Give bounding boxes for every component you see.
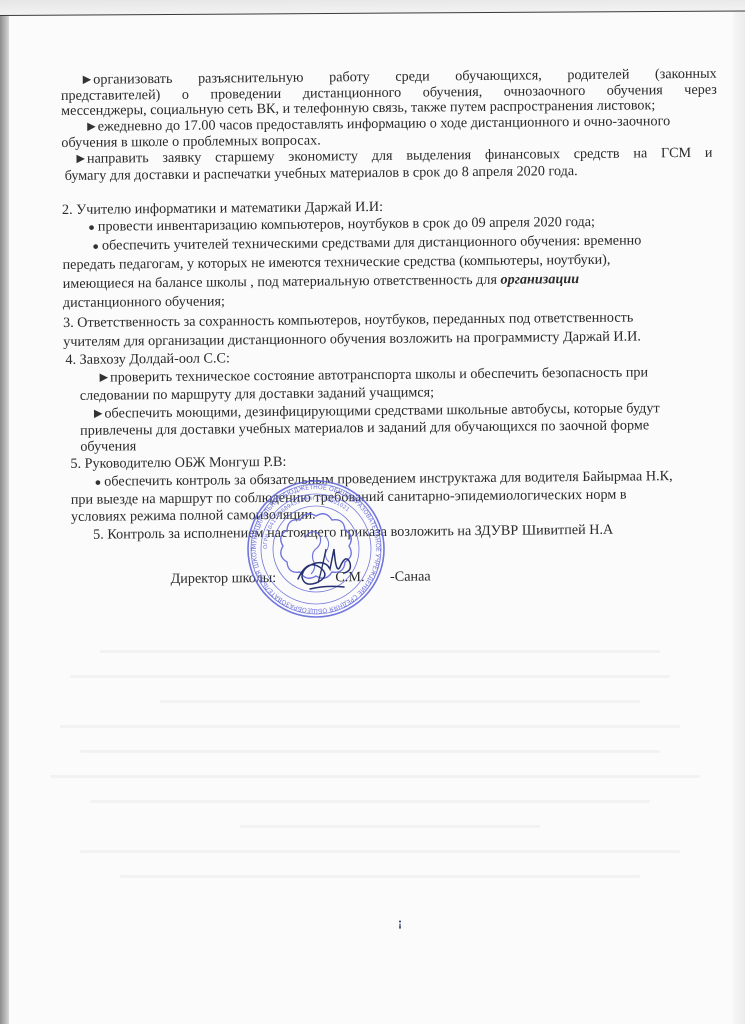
line-text: обучения [80,438,136,455]
text-line: дистанционного обучения; [63,293,225,311]
line-text: 4. Завхозу Долдай-оол С.С: [65,350,230,368]
section-heading-2: 2. Учителю информатики и математики Дарж… [62,199,383,218]
line-text: следовании по маршруту для доставки зада… [80,384,434,403]
text-line: имеющиеся на балансе школы , под материа… [63,271,580,292]
text-line: передать педагогам, у которых не имеются… [62,252,610,273]
line-text: передать педагогам, у которых не имеются… [62,252,610,273]
line-text: учителям для организации дистанционного … [63,328,641,350]
text-line: ▶проверить техническое состояние автотра… [100,364,649,386]
line-text: 5. Руководителю ОБЖ Монгуш Р.В: [70,454,286,472]
section-heading-5: 5. Руководителю ОБЖ Монгуш Р.В: [70,454,286,472]
arrow-bullet-icon: ▶ [87,119,96,135]
text-line: учителям для организации дистанционного … [63,328,641,350]
arrow-bullet-icon: ▶ [100,370,109,386]
line-text: 2. Учителю информатики и математики Дарж… [62,199,383,218]
handwritten-signature-icon [290,545,360,605]
arrow-bullet-icon: ▶ [94,406,103,422]
dot-bullet-icon: ● [95,477,102,489]
dot-bullet-icon: ● [92,241,99,253]
signature-surname: -Санаа [390,568,431,584]
line-text: имеющиеся на балансе школы , под материа… [63,272,501,292]
dot-bullet-icon: ● [88,222,95,234]
text-line: ●провести инвентаризацию компьютеров, но… [88,214,595,236]
text-line: обучения [80,438,136,455]
line-text: дистанционного обучения; [63,293,225,311]
line-text: 3. Ответственность за сохранность компью… [63,310,633,331]
text-line: следовании по маршруту для доставки зада… [80,384,434,403]
line-text: обеспечить учителей техническими средств… [102,232,641,253]
section-heading-4: 4. Завхозу Долдай-оол С.С: [65,350,230,368]
line-text: провести инвентаризацию компьютеров, ноу… [98,214,595,235]
reverse-side-bleed-through [40,630,720,890]
emphasis-text: организации [500,271,579,288]
arrow-bullet-icon: ▶ [76,151,85,167]
arrow-bullet-icon: ▶ [83,72,92,88]
ink-speck: ¡ [398,915,402,930]
section-heading-3: 3. Ответственность за сохранность компью… [63,310,633,331]
line-text: проверить техническое состояние автотран… [110,364,648,385]
